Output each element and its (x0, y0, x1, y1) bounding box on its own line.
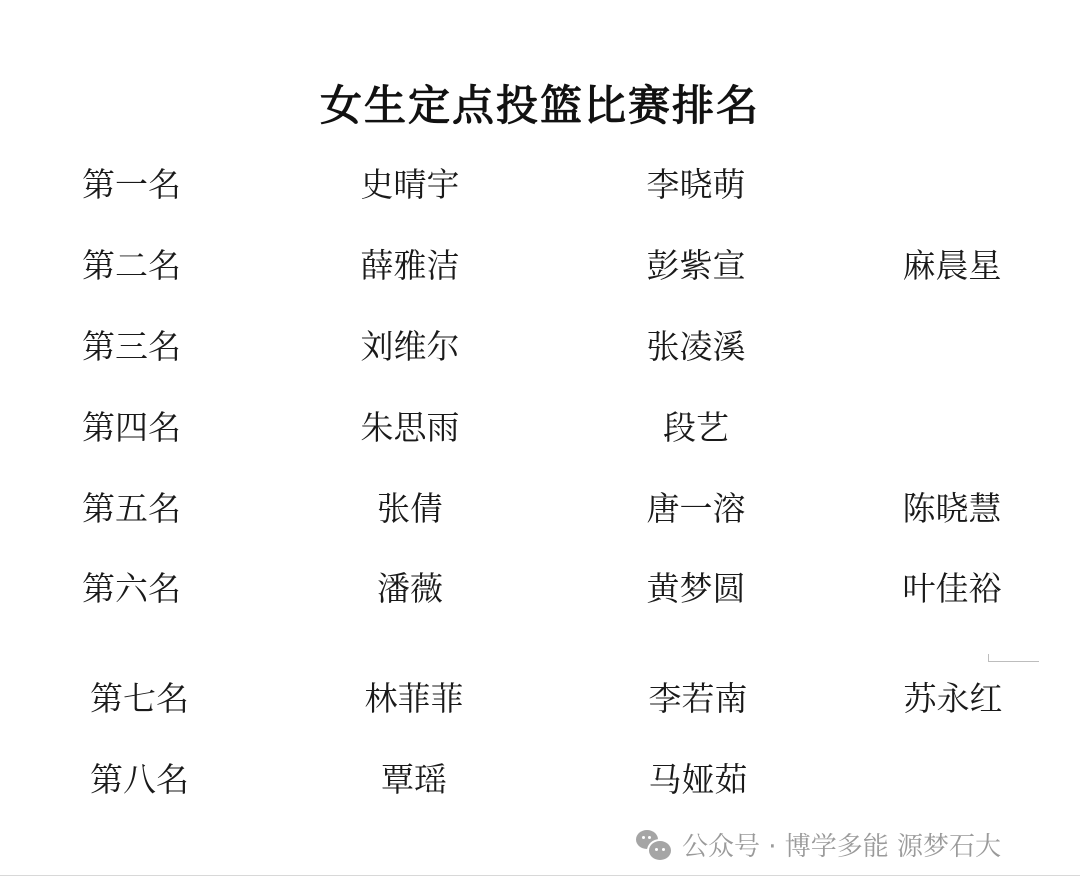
rank-label: 第七名 (90, 674, 189, 724)
winner-name: 潘薇 (377, 564, 443, 614)
winner-name: 段艺 (663, 403, 729, 453)
winner-name: 彭紫宣 (647, 241, 746, 291)
winner-name: 林菲菲 (365, 674, 464, 724)
ranking-row-2: 第二名 薛雅洁 彭紫宣 麻晨星 (0, 241, 1080, 291)
rank-label: 第二名 (82, 241, 181, 291)
rank-label: 第五名 (82, 484, 181, 534)
winner-name: 史晴宇 (361, 160, 460, 210)
ranking-row-1: 第一名 史晴宇 李晓萌 (0, 160, 1080, 210)
winner-name: 刘维尔 (361, 322, 460, 372)
rank-label: 第三名 (82, 322, 181, 372)
document-page: 女生定点投篮比赛排名 第一名 史晴宇 李晓萌 第二名 薛雅洁 彭紫宣 麻晨星 第… (0, 0, 1080, 883)
rank-label: 第八名 (90, 755, 189, 805)
rank-label: 第四名 (82, 403, 181, 453)
ranking-row-4: 第四名 朱思雨 段艺 (0, 403, 1080, 453)
ranking-row-7: 第七名 林菲菲 李若南 苏永红 (0, 674, 1080, 724)
winner-name: 覃瑶 (381, 755, 447, 805)
winner-name: 唐一溶 (647, 484, 746, 534)
winner-name: 苏永红 (904, 674, 1003, 724)
winner-name: 麻晨星 (903, 241, 1002, 291)
ranking-row-8: 第八名 覃瑶 马娅茹 (0, 755, 1080, 805)
wechat-icon (636, 828, 672, 860)
bottom-divider (0, 875, 1080, 876)
winner-name: 朱思雨 (361, 403, 460, 453)
winner-name: 黄梦圆 (647, 564, 746, 614)
winner-name: 马娅茹 (649, 755, 748, 805)
ranking-row-6: 第六名 潘薇 黄梦圆 叶佳裕 (0, 564, 1080, 614)
rank-label: 第一名 (82, 160, 181, 210)
ranking-row-3: 第三名 刘维尔 张凌溪 (0, 322, 1080, 372)
winner-name: 薛雅洁 (361, 241, 460, 291)
corner-mark (988, 654, 1039, 662)
title-text: 女生定点投篮比赛排名 (320, 78, 760, 134)
winner-name: 李晓萌 (647, 160, 746, 210)
ranking-row-5: 第五名 张倩 唐一溶 陈晓慧 (0, 484, 1080, 534)
watermark: 公众号 · 博学多能 源梦石大 (636, 822, 1001, 866)
winner-name: 张倩 (377, 484, 443, 534)
rank-label: 第六名 (82, 564, 181, 614)
winner-name: 陈晓慧 (903, 484, 1002, 534)
watermark-text: 公众号 · 博学多能 源梦石大 (682, 826, 1001, 863)
winner-name: 张凌溪 (647, 322, 746, 372)
winner-name: 李若南 (649, 674, 748, 724)
winner-name: 叶佳裕 (903, 564, 1002, 614)
page-title: 女生定点投篮比赛排名 (0, 78, 1080, 134)
